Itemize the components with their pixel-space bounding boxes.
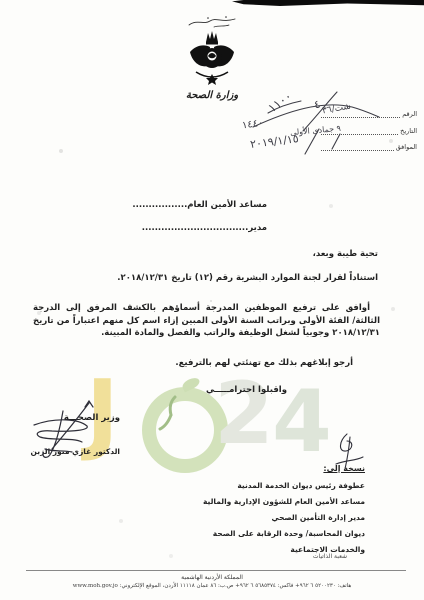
handwritten-gregorian-date: ٢٠١٩/١/١٥ xyxy=(249,132,299,151)
watermark-clock-icon xyxy=(142,387,200,445)
cc-item: مدير إدارة التأمين الصحي xyxy=(180,510,365,526)
jo24-watermark: J 2 4 xyxy=(86,383,338,483)
reference-corresponding-label: الموافق xyxy=(394,143,417,151)
decision-paragraph: أوافق على ترفيع الموظفين المدرجة أسماؤهم… xyxy=(33,302,380,340)
scan-artifact-strip xyxy=(232,0,424,7)
minister-name: الدكتور غازي منور الزبن xyxy=(31,447,120,456)
jordan-coat-of-arms-icon xyxy=(184,30,240,88)
footer-contact: هاتف: ٥٢٠٠٢٣٠ ٦ ٩٦٢+ فاكس: ٥٦٨٥٣٧٤ ٦ ٩٦٢… xyxy=(0,583,424,589)
minister-title: وزير الصحـــة xyxy=(64,413,120,423)
addressees-block: مساعد الأمين العام................. مدير… xyxy=(161,194,267,240)
footer-rule xyxy=(26,570,406,571)
bismillah-calligraphy-icon xyxy=(186,14,238,30)
addressee-line-1: مساعد الأمين العام................. xyxy=(161,194,267,217)
watermark-digit-2: 2 xyxy=(214,371,274,457)
closing-line: واقبلوا احترامـــــي xyxy=(206,385,287,395)
ministry-name: وزارة الصحة xyxy=(0,90,424,101)
reference-corresponding-row: الموافق xyxy=(321,143,417,151)
intro-line: استناداً لقرار لجنة الموارد البشرية رقم … xyxy=(117,273,378,283)
cc-list: عطوفة رئيس ديوان الخدمة المدنية مساعد ال… xyxy=(180,478,365,558)
cc-item: عطوفة رئيس ديوان الخدمة المدنية xyxy=(180,478,365,494)
dotted-leader xyxy=(321,143,394,151)
reference-date-label: التاريخ xyxy=(398,127,417,135)
reference-block: الرقم التاريخ الموافق xyxy=(321,110,417,160)
footer-country: المملكة الأردنية الهاشمية xyxy=(0,574,424,581)
addressee-line-2: مدير................................. xyxy=(161,217,267,240)
handwritten-hijri-year: ١٤٤٠ xyxy=(241,118,264,132)
cc-heading: نسخة إلى: xyxy=(323,464,365,473)
request-line: أرجو إبلاغهم بذلك مع تهنئتي لهم بالترفيع… xyxy=(175,358,353,368)
cc-item: مساعد الأمين العام للشؤون الإدارية والما… xyxy=(180,494,365,510)
reference-number-label: الرقم xyxy=(400,110,417,118)
cc-division-note: شعبة الذاتيات xyxy=(313,553,347,560)
greeting-line: تحية طيبة وبعد، xyxy=(313,249,378,259)
scanned-letter-page: J 2 4 وزارة الصحة الرقم ال xyxy=(0,0,424,600)
